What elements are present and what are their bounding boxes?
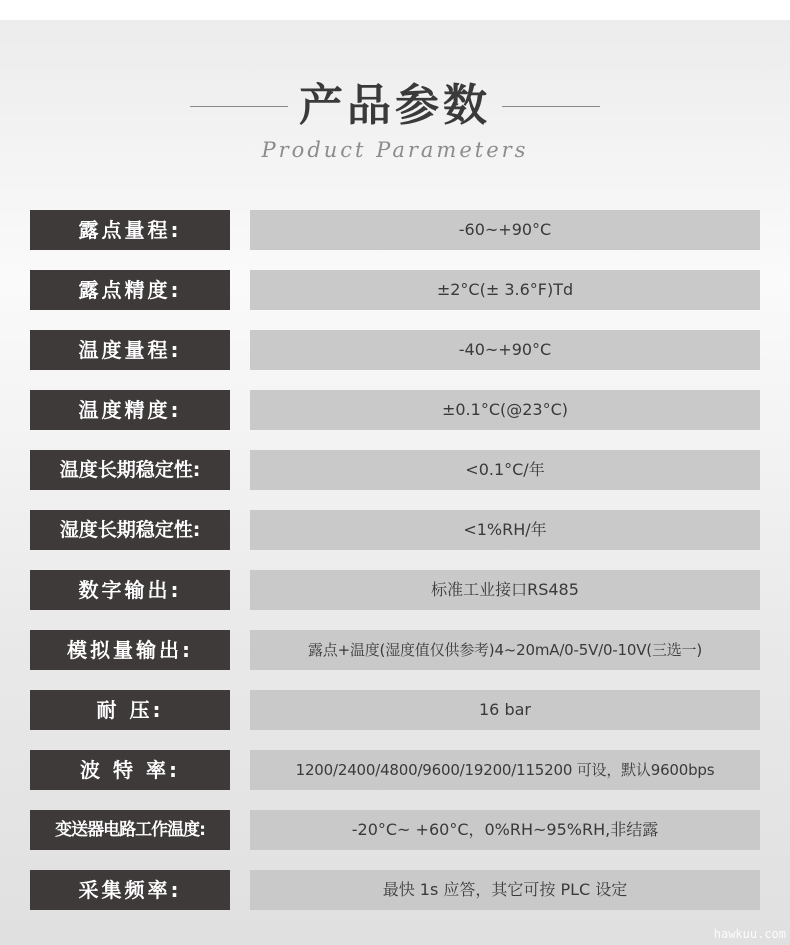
param-label: 露点量程: <box>30 210 230 250</box>
param-row-digital-output: 数字输出: 标准工业接口RS485 <box>30 570 760 610</box>
param-value: -40~+90°C <box>250 330 760 370</box>
param-label: 波 特 率: <box>30 750 230 790</box>
param-value: 露点+温度(湿度值仅供参考)4~20mA/0-5V/0-10V(三选一) <box>250 630 760 670</box>
param-value: <1%RH/年 <box>250 510 760 550</box>
param-label: 温度精度: <box>30 390 230 430</box>
param-value: ±0.1°C(@23°C) <box>250 390 760 430</box>
param-value: 标准工业接口RS485 <box>250 570 760 610</box>
param-row-temperature-range: 温度量程: -40~+90°C <box>30 330 760 370</box>
param-value: 1200/2400/4800/9600/19200/115200 可设，默认96… <box>250 750 760 790</box>
param-label: 温度量程: <box>30 330 230 370</box>
title-divider-right <box>502 106 600 107</box>
param-label: 模拟量输出: <box>30 630 230 670</box>
param-value: -60~+90°C <box>250 210 760 250</box>
param-label: 耐 压: <box>30 690 230 730</box>
param-row-dew-point-range: 露点量程: -60~+90°C <box>30 210 760 250</box>
param-value: -20°C~ +60°C，0%RH~95%RH,非结露 <box>250 810 760 850</box>
param-label: 湿度长期稳定性: <box>30 510 230 550</box>
param-value: ±2°C(± 3.6°F)Td <box>250 270 760 310</box>
param-label: 数字输出: <box>30 570 230 610</box>
param-label: 采集频率: <box>30 870 230 910</box>
param-label: 变送器电路工作温度: <box>30 810 230 850</box>
param-row-humidity-stability: 湿度长期稳定性: <1%RH/年 <box>30 510 760 550</box>
watermark: hawkuu.com <box>714 927 786 941</box>
param-row-temperature-accuracy: 温度精度: ±0.1°C(@23°C) <box>30 390 760 430</box>
param-row-pressure-rating: 耐 压: 16 bar <box>30 690 760 730</box>
param-value: 最快 1s 应答，其它可按 PLC 设定 <box>250 870 760 910</box>
param-value: <0.1°C/年 <box>250 450 760 490</box>
param-row-sampling-rate: 采集频率: 最快 1s 应答，其它可按 PLC 设定 <box>30 870 760 910</box>
param-row-dew-point-accuracy: 露点精度: ±2°C(± 3.6°F)Td <box>30 270 760 310</box>
param-row-temperature-stability: 温度长期稳定性: <0.1°C/年 <box>30 450 760 490</box>
param-value: 16 bar <box>250 690 760 730</box>
param-label: 温度长期稳定性: <box>30 450 230 490</box>
param-row-baud-rate: 波 特 率: 1200/2400/4800/9600/19200/115200 … <box>30 750 760 790</box>
param-label: 露点精度: <box>30 270 230 310</box>
title-divider-left <box>190 106 288 107</box>
page-title: 产品参数 <box>290 78 500 134</box>
page-subtitle: Product Parameters <box>0 138 790 162</box>
param-row-analog-output: 模拟量输出: 露点+温度(湿度值仅供参考)4~20mA/0-5V/0-10V(三… <box>30 630 760 670</box>
param-row-circuit-operating-temperature: 变送器电路工作温度: -20°C~ +60°C，0%RH~95%RH,非结露 <box>30 810 760 850</box>
parameters-panel: 产品参数 Product Parameters 露点量程: -60~+90°C … <box>0 20 790 945</box>
